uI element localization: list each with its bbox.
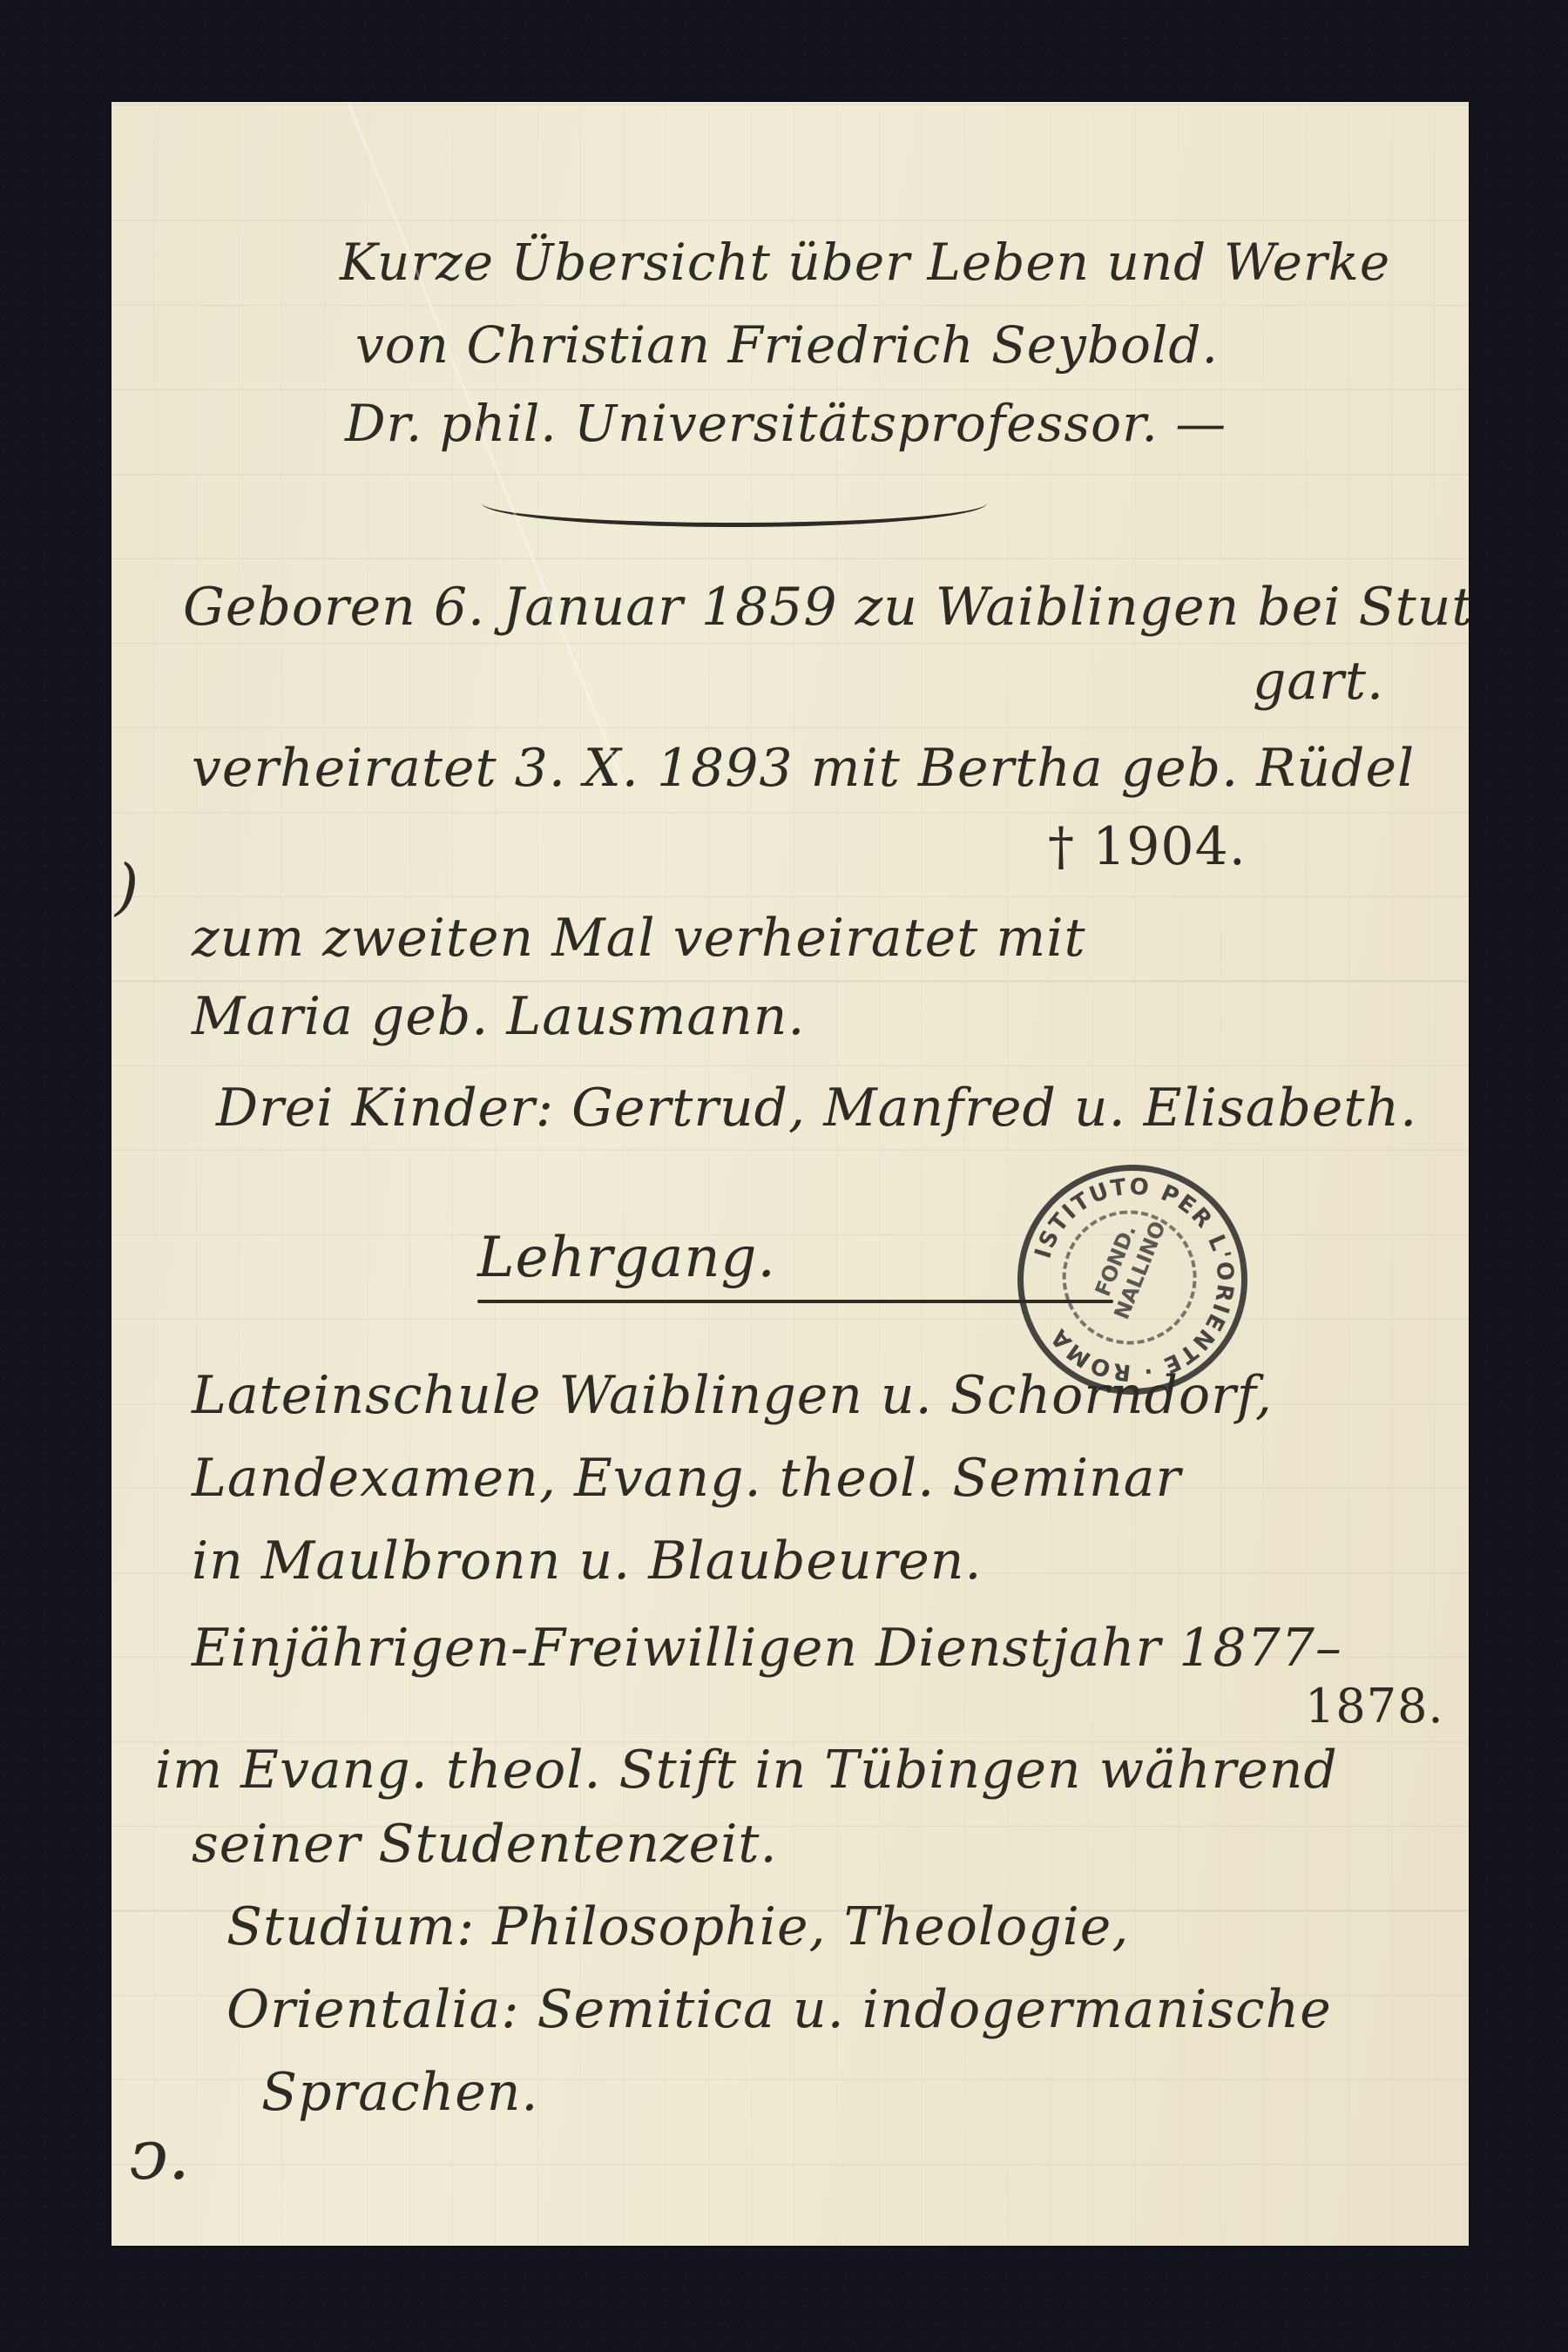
education-line-3: in Maulbronn u. Blaubeuren.	[192, 1531, 982, 1592]
education-line-7: seiner Studentenzeit.	[192, 1814, 778, 1875]
left-margin-bracket: )	[115, 851, 139, 923]
second-marriage-line-1: zum zweiten Mal verheiratet mit	[192, 908, 1086, 969]
heading-underline	[477, 1300, 1113, 1303]
studies-line-1: Studium: Philosophie, Theologie,	[226, 1896, 1129, 1957]
first-marriage-line: verheiratet 3. X. 1893 mit Bertha geb. R…	[192, 738, 1415, 799]
manuscript-page: Kurze Übersicht über Leben und Werke von…	[112, 102, 1469, 2246]
education-line-5: 1878.	[1305, 1679, 1444, 1734]
death-note: † 1904.	[1048, 816, 1247, 877]
birth-continuation: gart.	[1253, 651, 1384, 712]
section-heading-lehrgang: Lehrgang.	[477, 1226, 776, 1290]
children-line: Drei Kinder: Gertrud, Manfred u. Elisabe…	[216, 1078, 1417, 1139]
title-flourish	[482, 498, 987, 527]
education-line-4: Einjährigen-Freiwilligen Dienstjahr 1877…	[192, 1618, 1342, 1679]
education-line-6: im Evang. theol. Stift in Tübingen währe…	[155, 1740, 1338, 1801]
bottom-left-mark: ↄ.	[129, 2114, 190, 2195]
education-line-1: Lateinschule Waiblingen u. Schorndorf,	[192, 1365, 1273, 1426]
studies-line-3: Sprachen.	[261, 2062, 538, 2123]
second-marriage-line-2: Maria geb. Lausmann.	[192, 986, 805, 1047]
birth-line: Geboren 6. Januar 1859 zu Waiblingen bei…	[183, 577, 1469, 638]
studies-line-2: Orientalia: Semitica u. indogermanische	[226, 1979, 1332, 2040]
title-line-1: Kurze Übersicht über Leben und Werke	[340, 233, 1390, 292]
education-line-2: Landexamen, Evang. theol. Seminar	[192, 1448, 1181, 1509]
title-line-2: von Christian Friedrich Seybold.	[355, 315, 1219, 375]
title-line-3: Dr. phil. Universitätsprofessor. —	[345, 394, 1227, 453]
